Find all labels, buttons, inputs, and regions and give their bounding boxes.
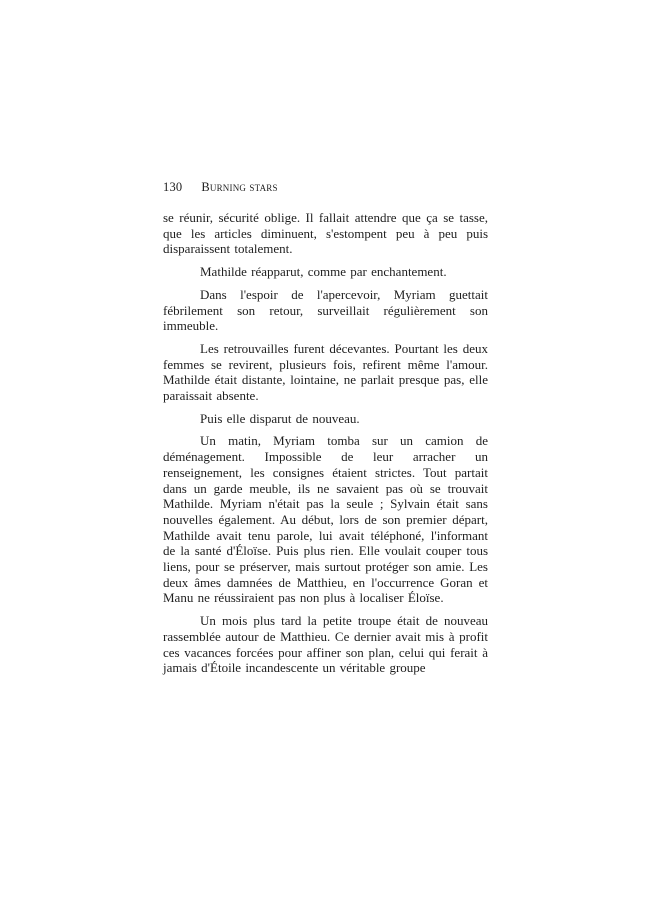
running-header: 130 Burning stars [163, 180, 488, 195]
paragraph: Puis elle disparut de nouveau. [163, 411, 488, 427]
paragraph: Dans l'espoir de l'apercevoir, Myriam gu… [163, 287, 488, 334]
paragraph: Un mois plus tard la petite troupe était… [163, 613, 488, 676]
page-number: 130 [163, 180, 182, 195]
text-block: 130 Burning stars se réunir, sécurité ob… [163, 180, 488, 676]
paragraph: Mathilde réapparut, comme par enchanteme… [163, 264, 488, 280]
paragraph: se réunir, sécurité oblige. Il fallait a… [163, 210, 488, 257]
book-page: 130 Burning stars se réunir, sécurité ob… [0, 0, 650, 920]
paragraph: Un matin, Myriam tomba sur un camion de … [163, 433, 488, 606]
paragraph: Les retrouvailles furent décevantes. Pou… [163, 341, 488, 404]
body-text: se réunir, sécurité oblige. Il fallait a… [163, 210, 488, 676]
running-title: Burning stars [201, 180, 277, 195]
